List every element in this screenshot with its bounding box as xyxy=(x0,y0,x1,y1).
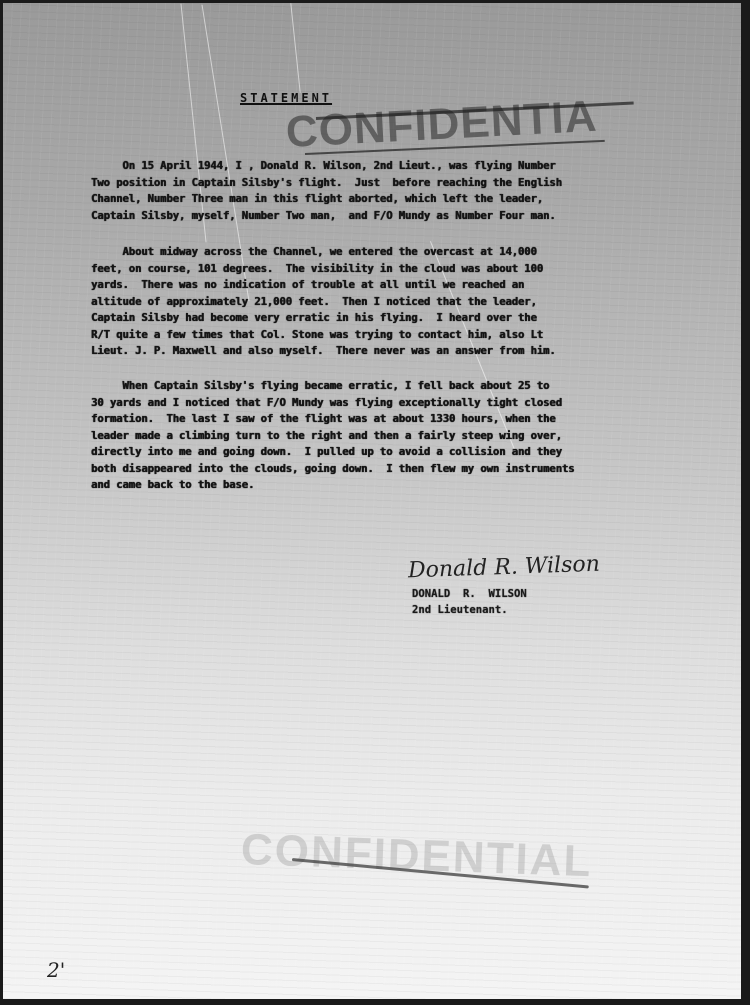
handwritten-page-mark: 2' xyxy=(47,958,65,982)
handwritten-signature: Donald R. Wilson xyxy=(408,552,601,584)
film-scratch xyxy=(290,3,300,93)
document-page: STATEMENT CONFIDENTIA On 15 April 1944, … xyxy=(3,3,741,999)
signer-block: DONALD R. WILSON 2nd Lieutenant. xyxy=(412,586,527,618)
document-title: STATEMENT xyxy=(240,91,332,105)
confidential-stamp-bottom: CONFIDENTIAL xyxy=(240,825,593,887)
paragraph-2: About midway across the Channel, we ente… xyxy=(91,244,701,360)
paragraph-3: When Captain Silsby's flying became erra… xyxy=(91,378,701,494)
signer-rank: 2nd Lieutenant. xyxy=(412,604,508,616)
paragraph-1: On 15 April 1944, I , Donald R. Wilson, … xyxy=(91,158,701,224)
signer-name: DONALD R. WILSON xyxy=(412,588,527,600)
